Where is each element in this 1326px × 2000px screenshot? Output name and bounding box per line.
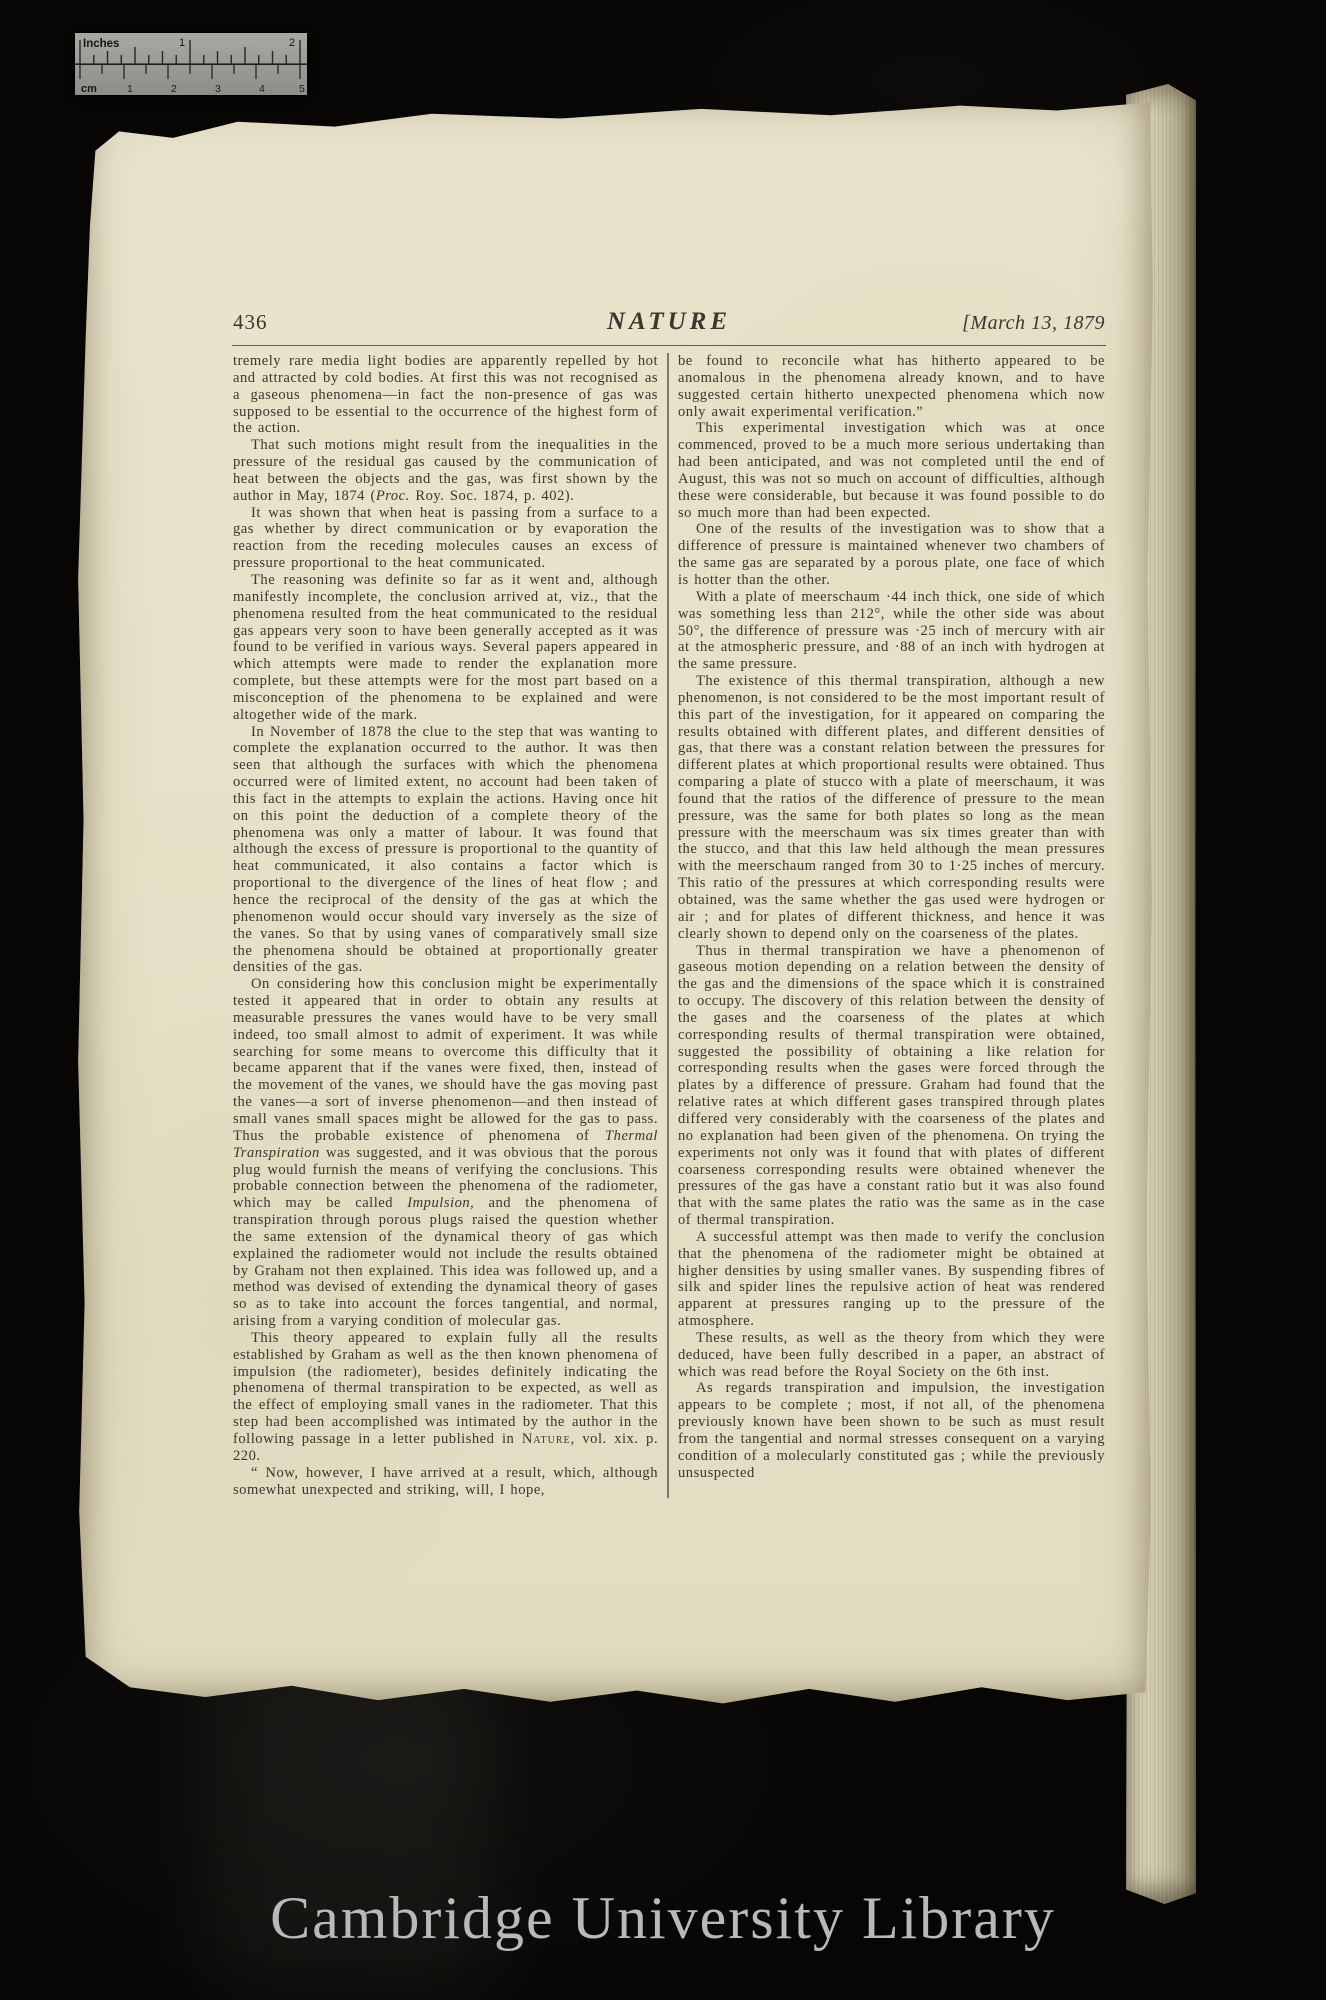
ruler-inch-number: 1 — [179, 37, 185, 49]
paragraph: On considering how this conclusion might… — [233, 976, 658, 1330]
paragraph: This experimental investigation which wa… — [678, 420, 1105, 521]
library-watermark: Cambridge University Library — [0, 1884, 1326, 1953]
ruler-cm-number: 3 — [215, 83, 221, 95]
photograph-background: Inches 1 2 cm 1 2 3 4 5 436 NATURE [Marc… — [0, 0, 1326, 2000]
ruler-cm-number: 2 — [171, 83, 177, 95]
paragraph: “ Now, however, I have arrived at a resu… — [233, 1465, 658, 1499]
ruler-cm-number: 5 — [299, 83, 305, 95]
text-columns: tremely rare media light bodies are appa… — [233, 353, 1105, 1498]
paragraph: That such motions might result from the … — [233, 437, 658, 504]
left-column: tremely rare media light bodies are appa… — [233, 353, 658, 1498]
paragraph: A successful attempt was then made to ve… — [678, 1229, 1105, 1330]
paragraph: It was shown that when heat is passing f… — [233, 505, 658, 572]
ruler-cm-number: 1 — [127, 83, 133, 95]
journal-title: NATURE — [607, 308, 731, 336]
column-gap — [658, 353, 678, 1498]
paragraph: be found to reconcile what has hitherto … — [678, 353, 1105, 420]
ruler-inches-label: Inches — [83, 38, 119, 50]
ruler-inch-number: 2 — [289, 37, 295, 49]
ruler-graphic: Inches 1 2 cm 1 2 3 4 5 — [75, 33, 307, 95]
running-header: 436 NATURE [March 13, 1879 — [233, 308, 1105, 336]
paragraph: With a plate of meerschaum ·44 inch thic… — [678, 589, 1105, 673]
paragraph: tremely rare media light bodies are appa… — [233, 353, 658, 437]
paragraph: As regards transpiration and impulsion, … — [678, 1380, 1105, 1481]
column-rule — [667, 353, 668, 1498]
header-rule — [232, 345, 1106, 346]
paragraph: The reasoning was definite so far as it … — [233, 572, 658, 724]
paragraph: These results, as well as the theory fro… — [678, 1330, 1105, 1381]
paragraph: This theory appeared to explain fully al… — [233, 1330, 658, 1465]
journal-page-scan: 436 NATURE [March 13, 1879 tremely rare … — [76, 96, 1154, 1705]
ruler-cm-label: cm — [81, 83, 97, 95]
paragraph: The existence of this thermal transpirat… — [678, 673, 1105, 943]
paragraph: In November of 1878 the clue to the step… — [233, 724, 658, 977]
paragraph: Thus in thermal transpiration we have a … — [678, 943, 1105, 1229]
ruler-cm-number: 4 — [259, 83, 265, 95]
right-column: be found to reconcile what has hitherto … — [678, 353, 1105, 1498]
measurement-ruler: Inches 1 2 cm 1 2 3 4 5 — [75, 33, 307, 95]
page-number: 436 — [233, 310, 607, 335]
paragraph: One of the results of the investigation … — [678, 521, 1105, 588]
issue-date: [March 13, 1879 — [731, 312, 1105, 335]
